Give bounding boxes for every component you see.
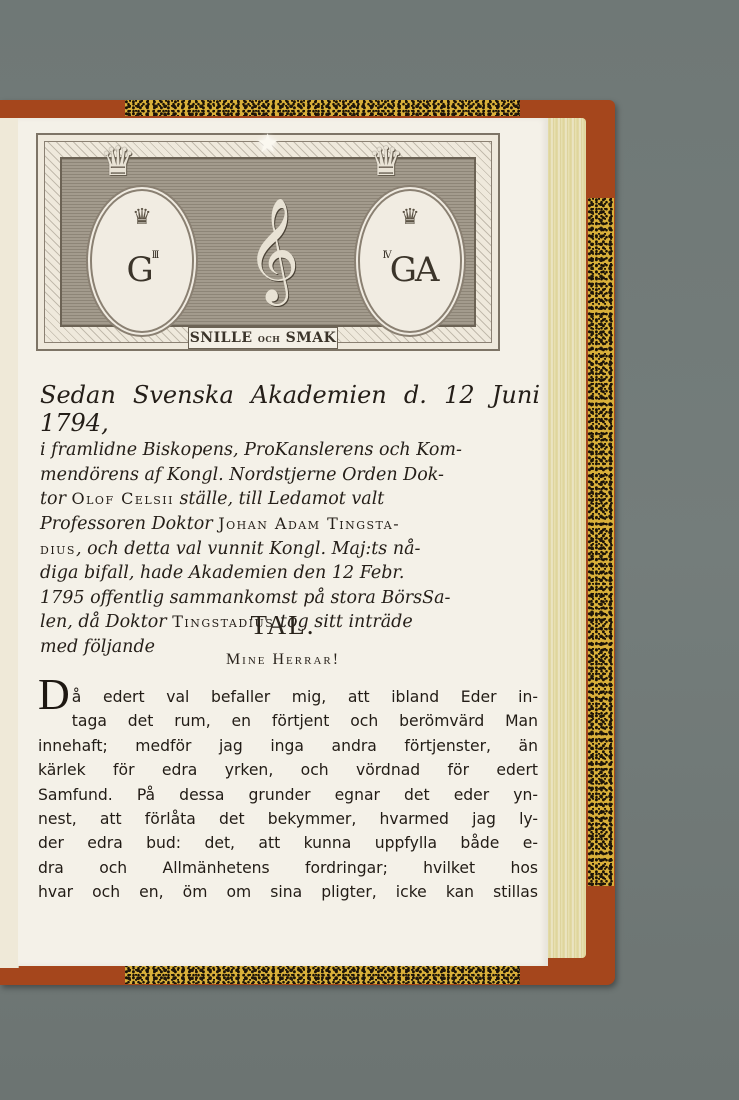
- crown-icon: ♛: [132, 205, 152, 230]
- star-icon: ★: [256, 129, 279, 159]
- intro-line: i framlidne Biskopens, ProKanslerens och…: [40, 438, 540, 463]
- book-page: ♛ ♛ GIII ★ 𝄞 ♛ ♛ IVGA SNILLE OCH SMAK Se…: [18, 118, 548, 966]
- intro-line: tor Olof Celsii ställe, till Ledamot val…: [40, 487, 540, 512]
- crown-icon: ♛: [400, 205, 420, 230]
- monogram-left: GIII: [126, 250, 157, 290]
- body-line: nest, att förlåta det bekymmer, hvarmed …: [38, 807, 538, 831]
- lyre-icon: 𝄞: [228, 175, 318, 325]
- body-line: hvar och en, öm om sina pligter, icke ka…: [38, 880, 538, 904]
- drop-cap: D: [38, 676, 70, 714]
- engraved-vignette: ♛ ♛ GIII ★ 𝄞 ♛ ♛ IVGA SNILLE OCH SMAK: [36, 133, 500, 351]
- intro-line: 1795 offentlig sammankomst på stora Börs…: [40, 586, 540, 611]
- intro-line: Sedan Svenska Akademien d. 12 Juni 1794,: [40, 383, 540, 438]
- intro-line: Professoren Doktor Johan Adam Tingsta-: [40, 512, 540, 537]
- speech-title: TAL.: [18, 610, 548, 641]
- body-line: innehaft; medför jag inga andra förtjens…: [38, 734, 538, 758]
- motto-banner: SNILLE OCH SMAK: [188, 327, 338, 349]
- intro-line: dius, och detta val vunnit Kongl. Maj:ts…: [40, 537, 540, 562]
- body-line: dra och Allmänhetens fordringar; hvilket…: [38, 856, 538, 880]
- body-line: der edra bud: det, att kunna uppfylla bå…: [38, 831, 538, 855]
- speech-body: D å edert val befaller mig, att ibland E…: [38, 674, 538, 905]
- marbled-paper-top: [125, 100, 520, 116]
- left-medallion: ♛ GIII: [86, 185, 198, 337]
- body-line: taga det rum, en förtjent och berömvärd …: [38, 709, 538, 733]
- intro-line: diga bifall, hade Akademien den 12 Febr.: [40, 561, 540, 586]
- body-line: å edert val befaller mig, att ibland Ede…: [38, 674, 538, 709]
- marbled-paper-right: [588, 198, 614, 886]
- right-medallion: ♛ IVGA: [354, 185, 466, 337]
- monogram-right: IVGA: [383, 250, 438, 290]
- crown-icon: ♛: [368, 139, 404, 185]
- body-line: kärlek för edra yrken, och vördnad för e…: [38, 758, 538, 782]
- intro-line: mendörens af Kongl. Nordstjerne Orden Do…: [40, 463, 540, 488]
- salutation: Mine Herrar!: [18, 651, 548, 669]
- marbled-paper-bottom: [125, 964, 520, 984]
- crown-icon: ♛: [100, 139, 136, 185]
- left-page-edge: [0, 118, 19, 968]
- body-line: Samfund. På dessa grunder egnar det eder…: [38, 783, 538, 807]
